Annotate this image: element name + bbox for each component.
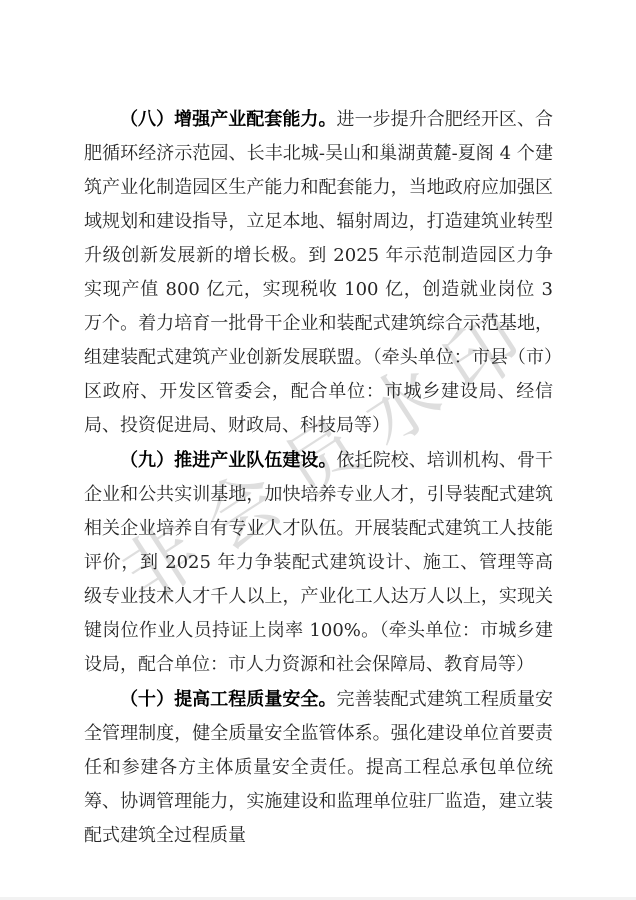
paragraph-item-10-text: 完善装配式建筑工程质量安全管理制度，健全质量安全监管体系。强化建设单位首要责任和… [84, 689, 553, 846]
paragraph-item-9-heading: （九）推进产业队伍建设。 [120, 450, 337, 470]
document-body: （八）增强产业配套能力。进一步提升合肥经开区、合肥循环经济示范园、长丰北城-吴山… [84, 102, 553, 853]
paragraph-item-9: （九）推进产业队伍建设。依托院校、培训机构、骨干企业和公共实训基地，加快培养专业… [84, 443, 553, 682]
document-page: 非会员水印 （八）增强产业配套能力。进一步提升合肥经开区、合肥循环经济示范园、长… [0, 0, 636, 900]
paragraph-item-10: （十）提高工程质量安全。完善装配式建筑工程质量安全管理制度，健全质量安全监管体系… [84, 682, 553, 853]
paragraph-item-9-text: 依托院校、培训机构、骨干企业和公共实训基地，加快培养专业人才，引导装配式建筑相关… [84, 450, 553, 675]
paragraph-item-8-heading: （八）增强产业配套能力。 [120, 109, 337, 129]
paragraph-item-8: （八）增强产业配套能力。进一步提升合肥经开区、合肥循环经济示范园、长丰北城-吴山… [84, 102, 553, 443]
paragraph-item-8-text: 进一步提升合肥经开区、合肥循环经济示范园、长丰北城-吴山和巢湖黄麓-夏阁 4 个… [84, 109, 553, 436]
paragraph-item-10-heading: （十）提高工程质量安全。 [120, 689, 337, 709]
